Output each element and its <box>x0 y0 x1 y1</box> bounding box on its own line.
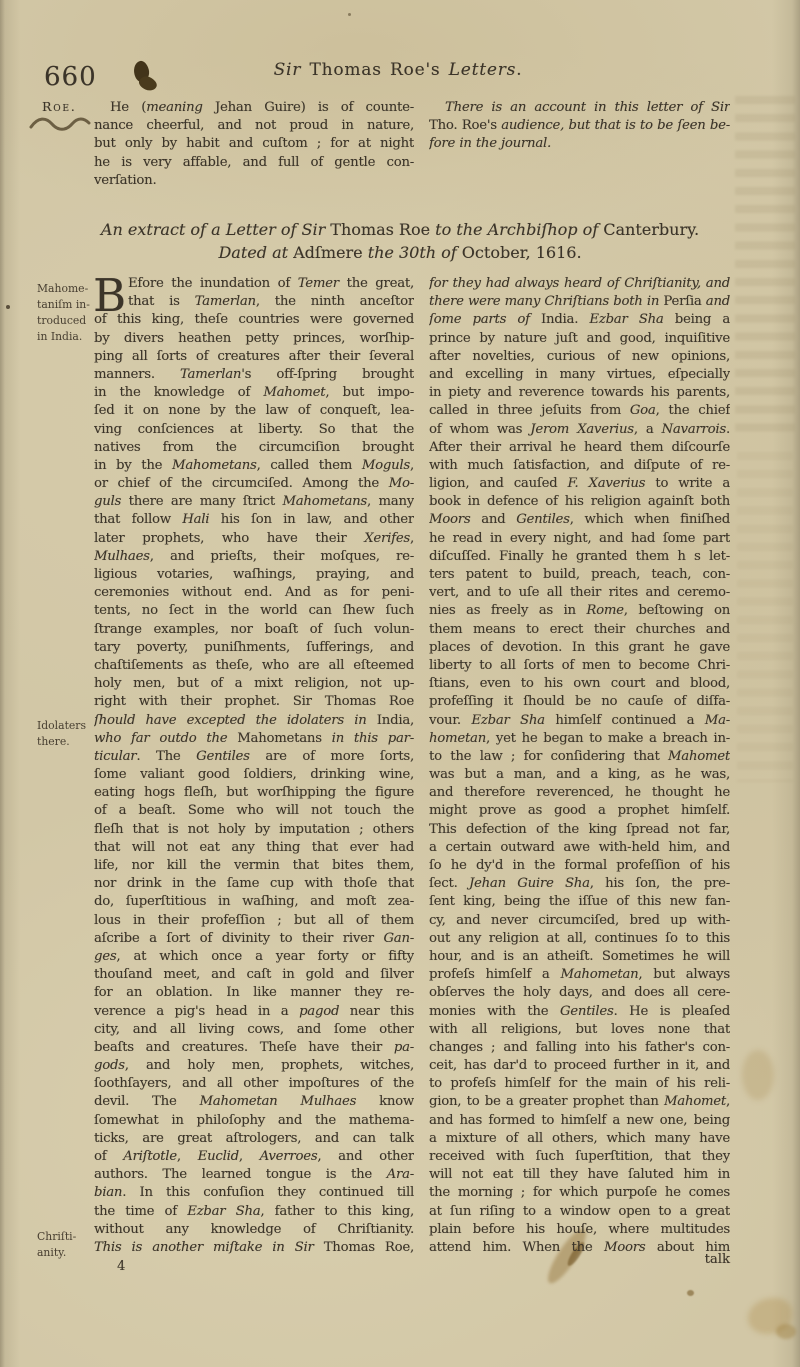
text-line: to profeſs himſelf for the main of his r… <box>429 1075 730 1093</box>
text-line: ſent king, being the iſſue of this new f… <box>429 893 730 911</box>
text-line: city, and all living cows, and ſome othe… <box>94 1021 414 1039</box>
text-line: in piety and reverence towards his paren… <box>429 384 730 402</box>
show-through-text <box>735 96 795 434</box>
speaker-label: Roe. <box>42 99 77 114</box>
text-line: This defection of the king ſpread not fa… <box>429 821 730 839</box>
text-line: nies as freely as in Rome, beſtowing on <box>429 602 730 620</box>
text-line: guls there are many ſtrict Mahometans, m… <box>94 493 414 511</box>
text-line: of this king, theſe countries were gover… <box>94 311 414 329</box>
text-line: liberty to all ſorts of men to become Ch… <box>429 657 730 675</box>
text-line: ligion, and cauſed F. Xaverius to write … <box>429 475 730 493</box>
text-line: the time of Ezbar Sha, father to this ki… <box>94 1203 414 1221</box>
flourish-squiggle <box>28 115 92 133</box>
text-line: hour, and is an atheiſt. Sometimes he wi… <box>429 948 730 966</box>
text-line: of Ariſtotle, Euclid, Averroes, and othe… <box>94 1148 414 1166</box>
text-line: gods, and holy men, prophets, witches, <box>94 1057 414 1075</box>
text-line: after novelties, curious of new opinions… <box>429 348 730 366</box>
text-line: lous in their profeſſion ; but all of th… <box>94 912 414 930</box>
text-line: that follow Hali his ſon in law, and oth… <box>94 511 414 529</box>
text-line: but only by habit and cuſtom ; for at ni… <box>94 135 414 153</box>
text-line: tents, no ſect in the world can ſhew ſuc… <box>94 602 414 620</box>
text-line: Efore the inundation of Temer the great, <box>94 275 414 293</box>
paper-stain <box>687 1290 694 1296</box>
text-line: for an oblation. In like manner they re- <box>94 984 414 1002</box>
text-line: ſomewhat in philoſophy and the mathema- <box>94 1112 414 1130</box>
text-line: who far outdo the Mahometans in this par… <box>94 730 414 748</box>
text-line: profeſſing it ſhould be no cauſe of diſf… <box>429 693 730 711</box>
text-line: ticks, are great aſtrologers, and can ta… <box>94 1130 414 1148</box>
body-column-left: Efore the inundation of Temer the great,… <box>94 275 414 1257</box>
text-line: obſerves the holy days, and does all cer… <box>429 984 730 1002</box>
text-line: nor drink in the ſame cup with thoſe tha… <box>94 875 414 893</box>
text-line: ſtrange examples, nor boaſt of ſuch volu… <box>94 621 414 639</box>
text-line: and therefore reverenced, he thought he <box>429 784 730 802</box>
text-line: might prove as good a prophet himſelf. <box>429 802 730 820</box>
text-line: diſcuſſed. Finally he granted them h s l… <box>429 548 730 566</box>
margin-note-idolaters: Idolatersthere. <box>37 718 95 750</box>
text-line: was but a man, and a king, as he was, <box>429 766 730 784</box>
text-line: After their arrival he heard them diſcou… <box>429 439 730 457</box>
text-line: to the law ; for conſidering that Mahome… <box>429 748 730 766</box>
text-line: by divers heathen petty princes, worſhip… <box>94 330 414 348</box>
text-line: ticular. The Gentiles are of more ſorts, <box>94 748 414 766</box>
text-line: manners. Tamerlan's off-ſpring brought <box>94 366 414 384</box>
text-line: Mahome- <box>37 281 95 297</box>
text-line: vert, and to uſe all their rites and cer… <box>429 584 730 602</box>
text-line: a mixture of all others, which many have <box>429 1130 730 1148</box>
text-line: in by the Mahometans, called them Moguls… <box>94 457 414 475</box>
text-line: in the knowledge of Mahomet, but impo- <box>94 384 414 402</box>
body-column-right: for they had always heard of Chriſtianit… <box>429 275 730 1257</box>
paper-stain <box>742 1050 774 1100</box>
show-through-text <box>737 452 793 782</box>
text-line: that is Tamerlan, the ninth anceſtor <box>94 293 414 311</box>
text-line: vour. Ezbar Sha himſelf continued a Ma- <box>429 712 730 730</box>
text-line: cy, and never circumciſed, bred up with- <box>429 912 730 930</box>
text-line: verence a pig's head in a pagod near thi… <box>94 1003 414 1021</box>
text-line: troduced <box>37 313 95 329</box>
text-line: without any knowledge of Chriſtianity. <box>94 1221 414 1239</box>
text-line: aſcribe a ſort of divinity to their rive… <box>94 930 414 948</box>
intro-paragraph-right: There is an account in this letter of Si… <box>429 99 730 154</box>
margin-note-christianity: Chriſti-anity. <box>37 1229 95 1261</box>
text-line: ligious votaries, waſhings, praying, and <box>94 566 414 584</box>
text-line: verſation. <box>94 172 414 190</box>
text-line: of whom was Jerom Xaverius, a Navarrois. <box>429 421 730 439</box>
signature-mark: 4 <box>117 1259 125 1274</box>
text-line: there. <box>37 734 95 750</box>
text-line: taniſm in- <box>37 297 95 313</box>
text-line: hometan, yet he began to make a breach i… <box>429 730 730 748</box>
text-line: gion, to be a greater prophet than Mahom… <box>429 1093 730 1111</box>
text-line: ges, at which once a year forty or fifty <box>94 948 414 966</box>
text-line: them means to erect their churches and <box>429 621 730 639</box>
text-line: beaſts and creatures. Theſe have their p… <box>94 1039 414 1057</box>
text-line: right with their prophet. Sir Thomas Roe <box>94 693 414 711</box>
text-line: devil. The Mahometan Mulhaes know <box>94 1093 414 1111</box>
text-line: do, ſuperſtitious in waſhing, and moſt z… <box>94 893 414 911</box>
text-line: life, nor kill the vermin that bites the… <box>94 857 414 875</box>
text-line: ſed it on none by the law of conqueſt, l… <box>94 402 414 420</box>
text-line: chaſtiſements as theſe, who are all eſte… <box>94 657 414 675</box>
text-line: ſect. Jehan Guire Sha, his ſon, the pre- <box>429 875 730 893</box>
text-line: fore in the journal. <box>429 135 730 153</box>
text-line: changes ; and falling into his father's … <box>429 1039 730 1057</box>
text-line: and has formed to himſelf a new one, bei… <box>429 1112 730 1130</box>
text-line: book in defence of his religion againſt … <box>429 493 730 511</box>
text-line: bian. In this confuſion they continued t… <box>94 1184 414 1202</box>
letter-heading-line1: An extract of a Letter of Sir Thomas Roe… <box>80 220 720 239</box>
text-line: eating hogs fleſh, but worſhipping the f… <box>94 784 414 802</box>
text-line: received with ſuch ſuperſtition, that th… <box>429 1148 730 1166</box>
text-line: called in three jeſuits from Goa, the ch… <box>429 402 730 420</box>
text-line: plain before his houſe, where multitudes <box>429 1221 730 1239</box>
text-line: ſoothſayers, and all other impoſtures of… <box>94 1075 414 1093</box>
text-line: ping all ſorts of creatures after their … <box>94 348 414 366</box>
text-line: holy men, but of a mixt religion, not up… <box>94 675 414 693</box>
text-line: the morning ; for which purpoſe he comes <box>429 1184 730 1202</box>
text-line: fleſh that is not holy by imputation ; o… <box>94 821 414 839</box>
text-line: There is an account in this letter of Si… <box>429 99 730 117</box>
text-line: He (meaning Jehan Guire) is of counte- <box>94 99 414 117</box>
intro-paragraph-left: He (meaning Jehan Guire) is of counte-na… <box>94 99 414 190</box>
text-line: a certain outward awe with-held him, and <box>429 839 730 857</box>
catchword: talk <box>640 1252 730 1267</box>
text-line: in India. <box>37 329 95 345</box>
text-line: or chief of the circumciſed. Among the M… <box>94 475 414 493</box>
paper-speck <box>6 305 10 309</box>
text-line: thouſand meet, and caſt in gold and ſilv… <box>94 966 414 984</box>
text-line: ters patent to build, preach, teach, con… <box>429 566 730 584</box>
margin-note-mahometanism: Mahome-taniſm in-troducedin India. <box>37 281 95 345</box>
text-line: ſhould have excepted the idolaters in In… <box>94 712 414 730</box>
text-line: ceremonies without end. And as for peni- <box>94 584 414 602</box>
text-line: Mulhaes, and prieſts, their moſques, re- <box>94 548 414 566</box>
text-line: Chriſti- <box>37 1229 95 1245</box>
text-line: at ſun riſing to a window open to a grea… <box>429 1203 730 1221</box>
running-head: Sir Thomas Roe's Letters. <box>80 60 716 80</box>
text-line: there were many Chriſtians both in Perſi… <box>429 293 730 311</box>
text-line: he read in every night, and had ſome par… <box>429 530 730 548</box>
text-line: for they had always heard of Chriſtianit… <box>429 275 730 293</box>
text-line: and excelling in many virtues, eſpeciall… <box>429 366 730 384</box>
text-line: Tho. Roe's audience, but that is to be ſ… <box>429 117 730 135</box>
text-line: This is another miſtake in Sir Thomas Ro… <box>94 1239 414 1257</box>
text-line: ſo he dy'd in the formal profeſſion of h… <box>429 857 730 875</box>
text-line: authors. The learned tongue is the Ara- <box>94 1166 414 1184</box>
text-line: ſome valiant good ſoldiers, drinking win… <box>94 766 414 784</box>
paper-stain <box>748 1298 792 1334</box>
text-line: out any religion at all, continues ſo to… <box>429 930 730 948</box>
text-line: places of devotion. In this grant he gav… <box>429 639 730 657</box>
text-line: that will not eat any thing that ever ha… <box>94 839 414 857</box>
text-line: monies with the Gentiles. He is pleaſed <box>429 1003 730 1021</box>
text-line: tary poverty, puniſhments, ſufferings, a… <box>94 639 414 657</box>
text-line: natives from the circumciſion brought <box>94 439 414 457</box>
text-line: later prophets, who have their Xerifes, <box>94 530 414 548</box>
paper-stain <box>776 1324 796 1339</box>
text-line: nance cheerful, and not proud in nature, <box>94 117 414 135</box>
text-line: Moors and Gentiles, which when finiſhed <box>429 511 730 529</box>
text-line: prince by nature juſt and good, inquiſit… <box>429 330 730 348</box>
text-line: ſtians, even to his own court and blood, <box>429 675 730 693</box>
book-page: 660 Sir Thomas Roe's Letters. Roe. He (m… <box>0 0 800 1367</box>
text-line: ceit, has dar'd to proceed further in it… <box>429 1057 730 1075</box>
text-line: he is very affable, and full of gentle c… <box>94 154 414 172</box>
paper-speck <box>348 13 351 16</box>
text-line: Idolaters <box>37 718 95 734</box>
text-line: ſome parts of India. Ezbar Sha being a <box>429 311 730 329</box>
text-line: ving conſciences at liberty. So that the <box>94 421 414 439</box>
letter-heading-line2: Dated at Adſmere the 30th of October, 16… <box>80 243 720 262</box>
text-line: will not eat till they have ſaluted him … <box>429 1166 730 1184</box>
text-line: with all religions, but loves none that <box>429 1021 730 1039</box>
text-line: anity. <box>37 1245 95 1261</box>
text-line: with much ſatisfaction, and diſpute of r… <box>429 457 730 475</box>
text-line: profeſs himſelf a Mahometan, but always <box>429 966 730 984</box>
text-line: of a beaſt. Some who will not touch the <box>94 802 414 820</box>
